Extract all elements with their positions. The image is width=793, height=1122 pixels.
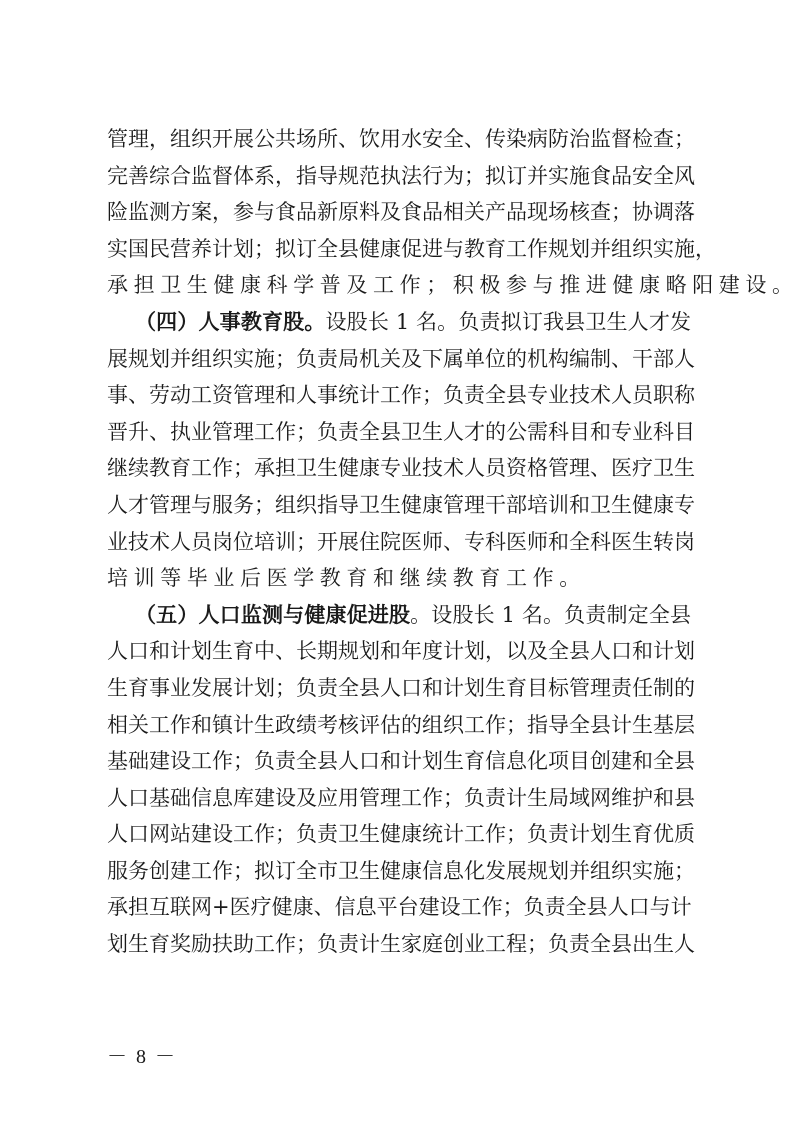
section-5-intro: 。设股长 1 名。负责制定全县 (410, 603, 691, 627)
text-line: 事、劳动工资管理和人事统计工作；负责全县专业技术人员职称 (107, 377, 691, 414)
section-5-heading: （五）人口监测与健康促进股 (135, 603, 410, 627)
text-line: 人才管理与服务；组织指导卫生健康管理干部培训和卫生健康专 (107, 487, 691, 524)
text-line: 晋升、执业管理工作；负责全县卫生人才的公需科目和专业科目 (107, 414, 691, 451)
page-number: － 8 － (107, 1040, 177, 1069)
text-line: 完善综合监督体系，指导规范执法行为；拟订并实施食品安全风 (107, 158, 691, 195)
document-page: 管理，组织开展公共场所、饮用水安全、传染病防治监督检查； 完善综合监督体系，指导… (0, 0, 793, 1122)
text-line: 继续教育工作；承担卫生健康专业技术人员资格管理、医疗卫生 (107, 450, 691, 487)
section-5-first-line: （五）人口监测与健康促进股。设股长 1 名。负责制定全县 (107, 597, 691, 634)
text-line: 人口网站建设工作；负责卫生健康统计工作；负责计划生育优质 (107, 816, 691, 853)
text-line: 生育事业发展计划；负责全县人口和计划生育目标管理责任制的 (107, 670, 691, 707)
text-line: 相关工作和镇计生政绩考核评估的组织工作；指导全县计生基层 (107, 707, 691, 744)
document-body: 管理，组织开展公共场所、饮用水安全、传染病防治监督检查； 完善综合监督体系，指导… (107, 121, 691, 963)
text-line: 险监测方案，参与食品新原料及食品相关产品现场核查；协调落 (107, 194, 691, 231)
section-4-intro: 设股长 1 名。负责拟订我县卫生人才发 (325, 310, 691, 334)
text-line: 划生育奖励扶助工作；负责计生家庭创业工程；负责全县出生人 (107, 926, 691, 963)
section-4-heading: （四）人事教育股。 (135, 310, 325, 334)
text-line: 服务创建工作；拟订全市卫生健康信息化发展规划并组织实施； (107, 853, 691, 890)
text-line: 人口和计划生育中、长期规划和年度计划，以及全县人口和计划 (107, 633, 691, 670)
text-line: 基础建设工作；负责全县人口和计划生育信息化项目创建和全县 (107, 743, 691, 780)
text-line: 管理，组织开展公共场所、饮用水安全、传染病防治监督检查； (107, 121, 691, 158)
text-line: 培训等毕业后医学教育和继续教育工作。 (107, 560, 691, 597)
text-line: 展规划并组织实施；负责局机关及下属单位的机构编制、干部人 (107, 341, 691, 378)
text-line: 业技术人员岗位培训；开展住院医师、专科医师和全科医生转岗 (107, 524, 691, 561)
text-line: 人口基础信息库建设及应用管理工作；负责计生局域网维护和县 (107, 780, 691, 817)
text-line: 实国民营养计划；拟订全县健康促进与教育工作规划并组织实施， (107, 231, 691, 268)
text-line: 承担互联网+医疗健康、信息平台建设工作；负责全县人口与计 (107, 889, 691, 926)
section-4-first-line: （四）人事教育股。设股长 1 名。负责拟订我县卫生人才发 (107, 304, 691, 341)
text-line: 承担卫生健康科学普及工作；积极参与推进健康略阳建设。 (107, 267, 691, 304)
